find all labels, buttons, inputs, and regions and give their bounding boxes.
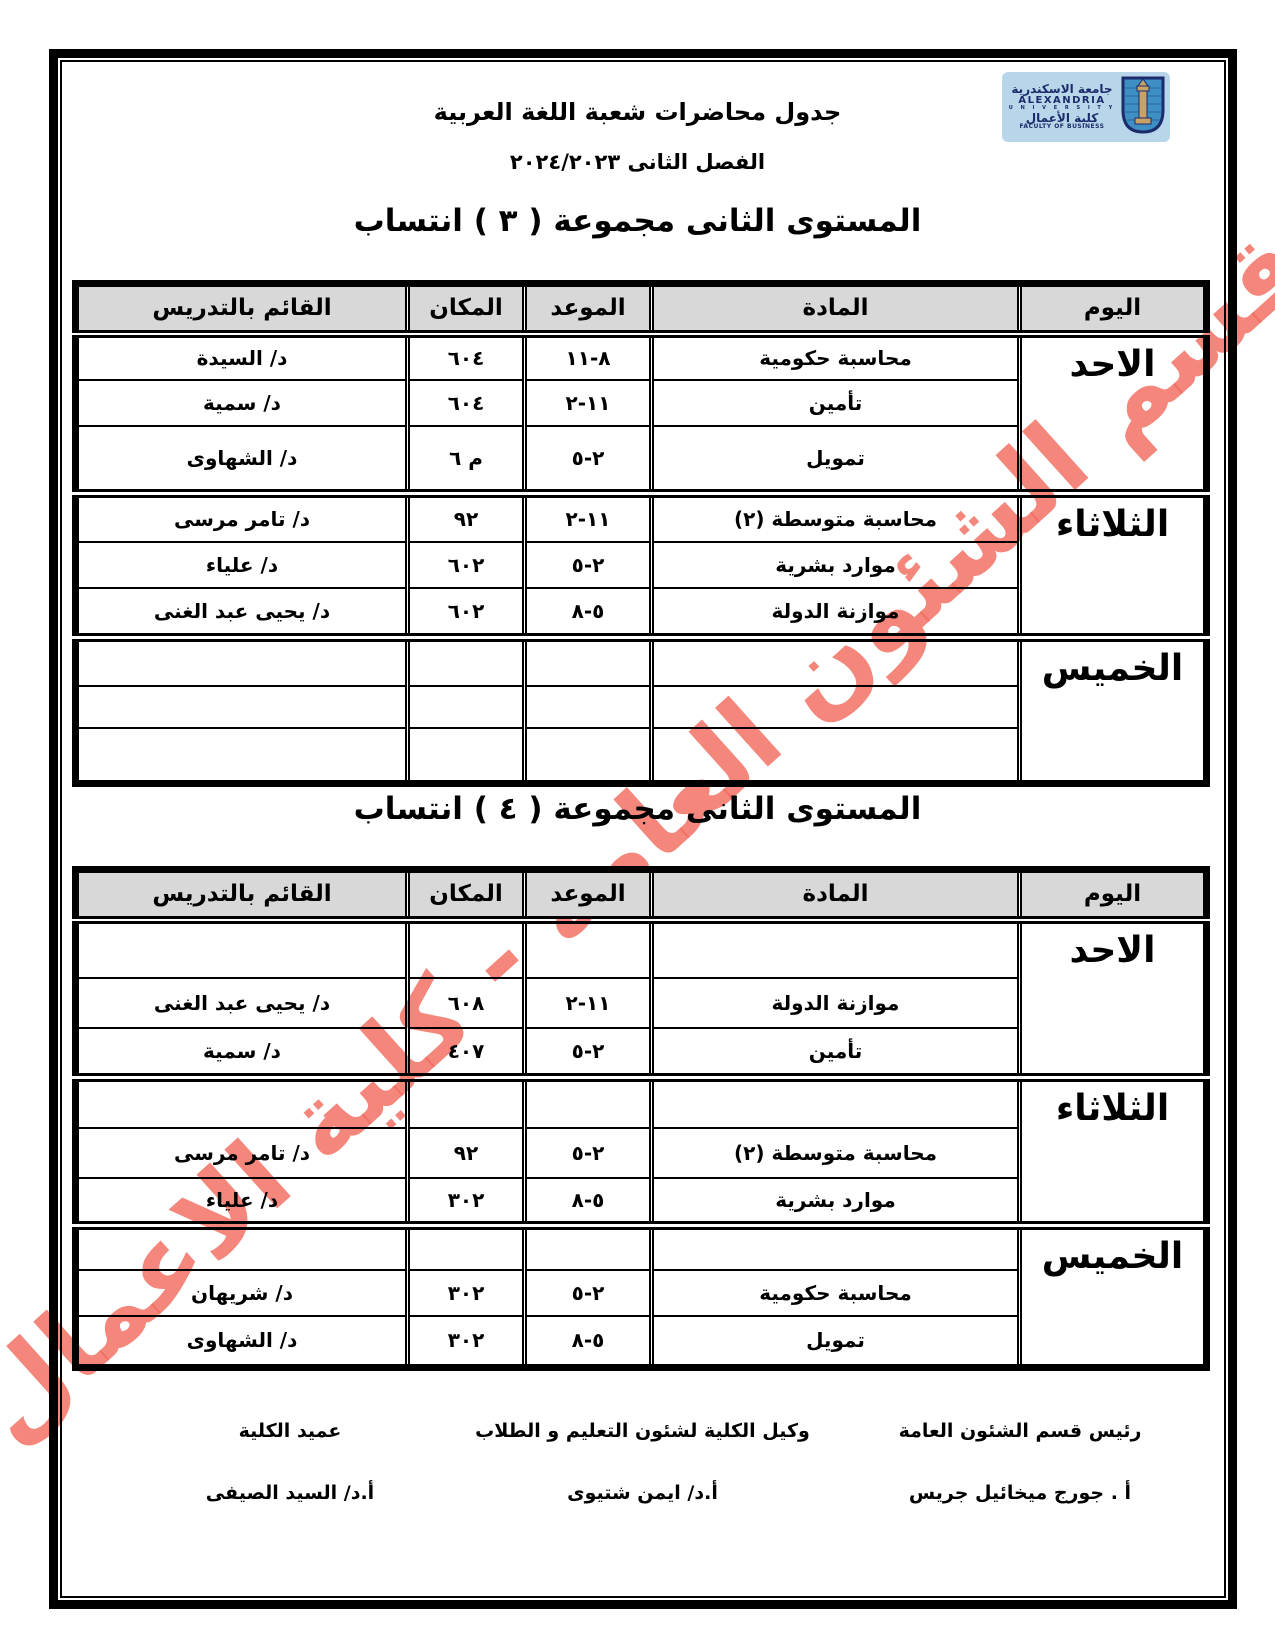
room-cell: م ٦ (408, 426, 525, 494)
room-cell: ٣٠٢ (408, 1270, 525, 1316)
time-cell (525, 1226, 652, 1270)
room-cell (408, 920, 525, 978)
signatory-name: أ.د/ ايمن شتيوى (448, 1482, 838, 1504)
instructor-cell: د/ علياء (76, 542, 408, 588)
day-cell: الاحد (1020, 920, 1207, 1078)
subject-cell (652, 638, 1020, 686)
subject-cell: تمويل (652, 426, 1020, 494)
instructor-cell: د/ يحيى عبد الغنى (76, 588, 408, 638)
instructor-cell (76, 728, 408, 784)
signatory-title: رئيس قسم الشئون العامة (865, 1420, 1175, 1442)
instructor-cell: د/ علياء (76, 1178, 408, 1226)
day-cell: الخميس (1020, 638, 1207, 784)
instructor-cell: د/ سمية (76, 1028, 408, 1078)
table-row: الخميس (76, 1226, 1207, 1270)
room-cell (408, 1226, 525, 1270)
time-cell: ١١-٢ (525, 380, 652, 426)
subject-cell: موازنة الدولة (652, 978, 1020, 1028)
subject-cell (652, 1226, 1020, 1270)
header-row: اليوم المادة الموعد المكان القائم بالتدر… (76, 284, 1207, 334)
signature-block-dean: عميد الكلية أ.د/ السيد الصيفى (160, 1420, 420, 1504)
subject-cell: محاسبة متوسطة (٢) (652, 494, 1020, 542)
day-cell: الخميس (1020, 1226, 1207, 1368)
room-cell: ٩٢ (408, 1128, 525, 1178)
col-header-instructor: القائم بالتدريس (76, 870, 408, 920)
day-cell: الثلاثاء (1020, 494, 1207, 638)
instructor-cell: د/ سمية (76, 380, 408, 426)
subject-cell (652, 1078, 1020, 1128)
col-header-day: اليوم (1020, 870, 1207, 920)
table-row: الثلاثاء محاسبة متوسطة (٢) ١١-٢ ٩٢ د/ تا… (76, 494, 1207, 542)
col-header-room: المكان (408, 284, 525, 334)
instructor-cell: د/ يحيى عبد الغنى (76, 978, 408, 1028)
col-header-day: اليوم (1020, 284, 1207, 334)
day-cell: الثلاثاء (1020, 1078, 1207, 1226)
document-page: جامعة الاسكندرية ALEXANDRIA U N I V E R … (0, 0, 1275, 1650)
col-header-instructor: القائم بالتدريس (76, 284, 408, 334)
instructor-cell (76, 1226, 408, 1270)
room-cell (408, 1078, 525, 1128)
signature-block-vice-dean: وكيل الكلية لشئون التعليم و الطلاب أ.د/ … (448, 1420, 838, 1504)
subject-cell: موازنة الدولة (652, 588, 1020, 638)
col-header-subject: المادة (652, 284, 1020, 334)
document-title: جدول محاضرات شعبة اللغة العربية (0, 98, 1275, 126)
time-cell: ٥-٨ (525, 588, 652, 638)
instructor-cell: د/ شريهان (76, 1270, 408, 1316)
signatory-title: وكيل الكلية لشئون التعليم و الطلاب (448, 1420, 838, 1442)
instructor-cell: د/ السيدة (76, 334, 408, 380)
room-cell (408, 686, 525, 728)
instructor-cell: د/ الشهاوى (76, 1316, 408, 1368)
time-cell (525, 686, 652, 728)
time-cell: ٨-١١ (525, 334, 652, 380)
signatory-name: أ.د/ السيد الصيفى (160, 1482, 420, 1504)
room-cell: ٦٠٢ (408, 542, 525, 588)
room-cell: ٤٠٧ (408, 1028, 525, 1078)
document-subtitle: الفصل الثانى ٢٠٢٤/٢٠٢٣ (0, 150, 1275, 174)
time-cell: ٢-٥ (525, 426, 652, 494)
time-cell: ٢-٥ (525, 542, 652, 588)
time-cell (525, 1078, 652, 1128)
room-cell (408, 638, 525, 686)
table-row: الاحد محاسبة حكومية ٨-١١ ٦٠٤ د/ السيدة (76, 334, 1207, 380)
instructor-cell (76, 1078, 408, 1128)
instructor-cell: د/ الشهاوى (76, 426, 408, 494)
signatures-footer: رئيس قسم الشئون العامة أ . جورج ميخائيل … (160, 1420, 1175, 1504)
day-cell: الاحد (1020, 334, 1207, 494)
subject-cell: تأمين (652, 1028, 1020, 1078)
time-cell (525, 728, 652, 784)
time-cell: ٢-٥ (525, 1270, 652, 1316)
time-cell: ١١-٢ (525, 978, 652, 1028)
room-cell: ٣٠٢ (408, 1316, 525, 1368)
col-header-time: الموعد (525, 870, 652, 920)
instructor-cell: د/ تامر مرسى (76, 1128, 408, 1178)
instructor-cell (76, 920, 408, 978)
col-header-room: المكان (408, 870, 525, 920)
col-header-time: الموعد (525, 284, 652, 334)
subject-cell: تأمين (652, 380, 1020, 426)
group3-title: المستوى الثانى مجموعة ( ٣ ) انتساب (0, 203, 1275, 239)
header-row: اليوم المادة الموعد المكان القائم بالتدر… (76, 870, 1207, 920)
signature-block-general-affairs: رئيس قسم الشئون العامة أ . جورج ميخائيل … (865, 1420, 1175, 1504)
time-cell: ١١-٢ (525, 494, 652, 542)
instructor-cell: د/ تامر مرسى (76, 494, 408, 542)
table-row: الثلاثاء (76, 1078, 1207, 1128)
subject-cell (652, 686, 1020, 728)
signatory-name: أ . جورج ميخائيل جريس (865, 1482, 1175, 1504)
signatory-title: عميد الكلية (160, 1420, 420, 1442)
subject-cell (652, 728, 1020, 784)
col-header-subject: المادة (652, 870, 1020, 920)
time-cell: ٥-٨ (525, 1316, 652, 1368)
table-row: الاحد (76, 920, 1207, 978)
room-cell: ٩٢ (408, 494, 525, 542)
time-cell (525, 920, 652, 978)
group4-title: المستوى الثانى مجموعة ( ٤ ) انتساب (0, 791, 1275, 827)
subject-cell: موارد بشرية (652, 1178, 1020, 1226)
room-cell: ٦٠٨ (408, 978, 525, 1028)
time-cell: ٢-٥ (525, 1028, 652, 1078)
schedule-table-group3: اليوم المادة الموعد المكان القائم بالتدر… (72, 280, 1210, 787)
room-cell: ٣٠٢ (408, 1178, 525, 1226)
subject-cell: موارد بشرية (652, 542, 1020, 588)
instructor-cell (76, 638, 408, 686)
time-cell: ٥-٨ (525, 1178, 652, 1226)
schedule-table-group4: اليوم المادة الموعد المكان القائم بالتدر… (72, 866, 1210, 1371)
room-cell: ٦٠٤ (408, 334, 525, 380)
room-cell (408, 728, 525, 784)
table-row: الخميس (76, 638, 1207, 686)
subject-cell: محاسبة حكومية (652, 334, 1020, 380)
subject-cell: تمويل (652, 1316, 1020, 1368)
room-cell: ٦٠٤ (408, 380, 525, 426)
subject-cell: محاسبة متوسطة (٢) (652, 1128, 1020, 1178)
subject-cell: محاسبة حكومية (652, 1270, 1020, 1316)
room-cell: ٦٠٢ (408, 588, 525, 638)
time-cell (525, 638, 652, 686)
instructor-cell (76, 686, 408, 728)
time-cell: ٢-٥ (525, 1128, 652, 1178)
subject-cell (652, 920, 1020, 978)
